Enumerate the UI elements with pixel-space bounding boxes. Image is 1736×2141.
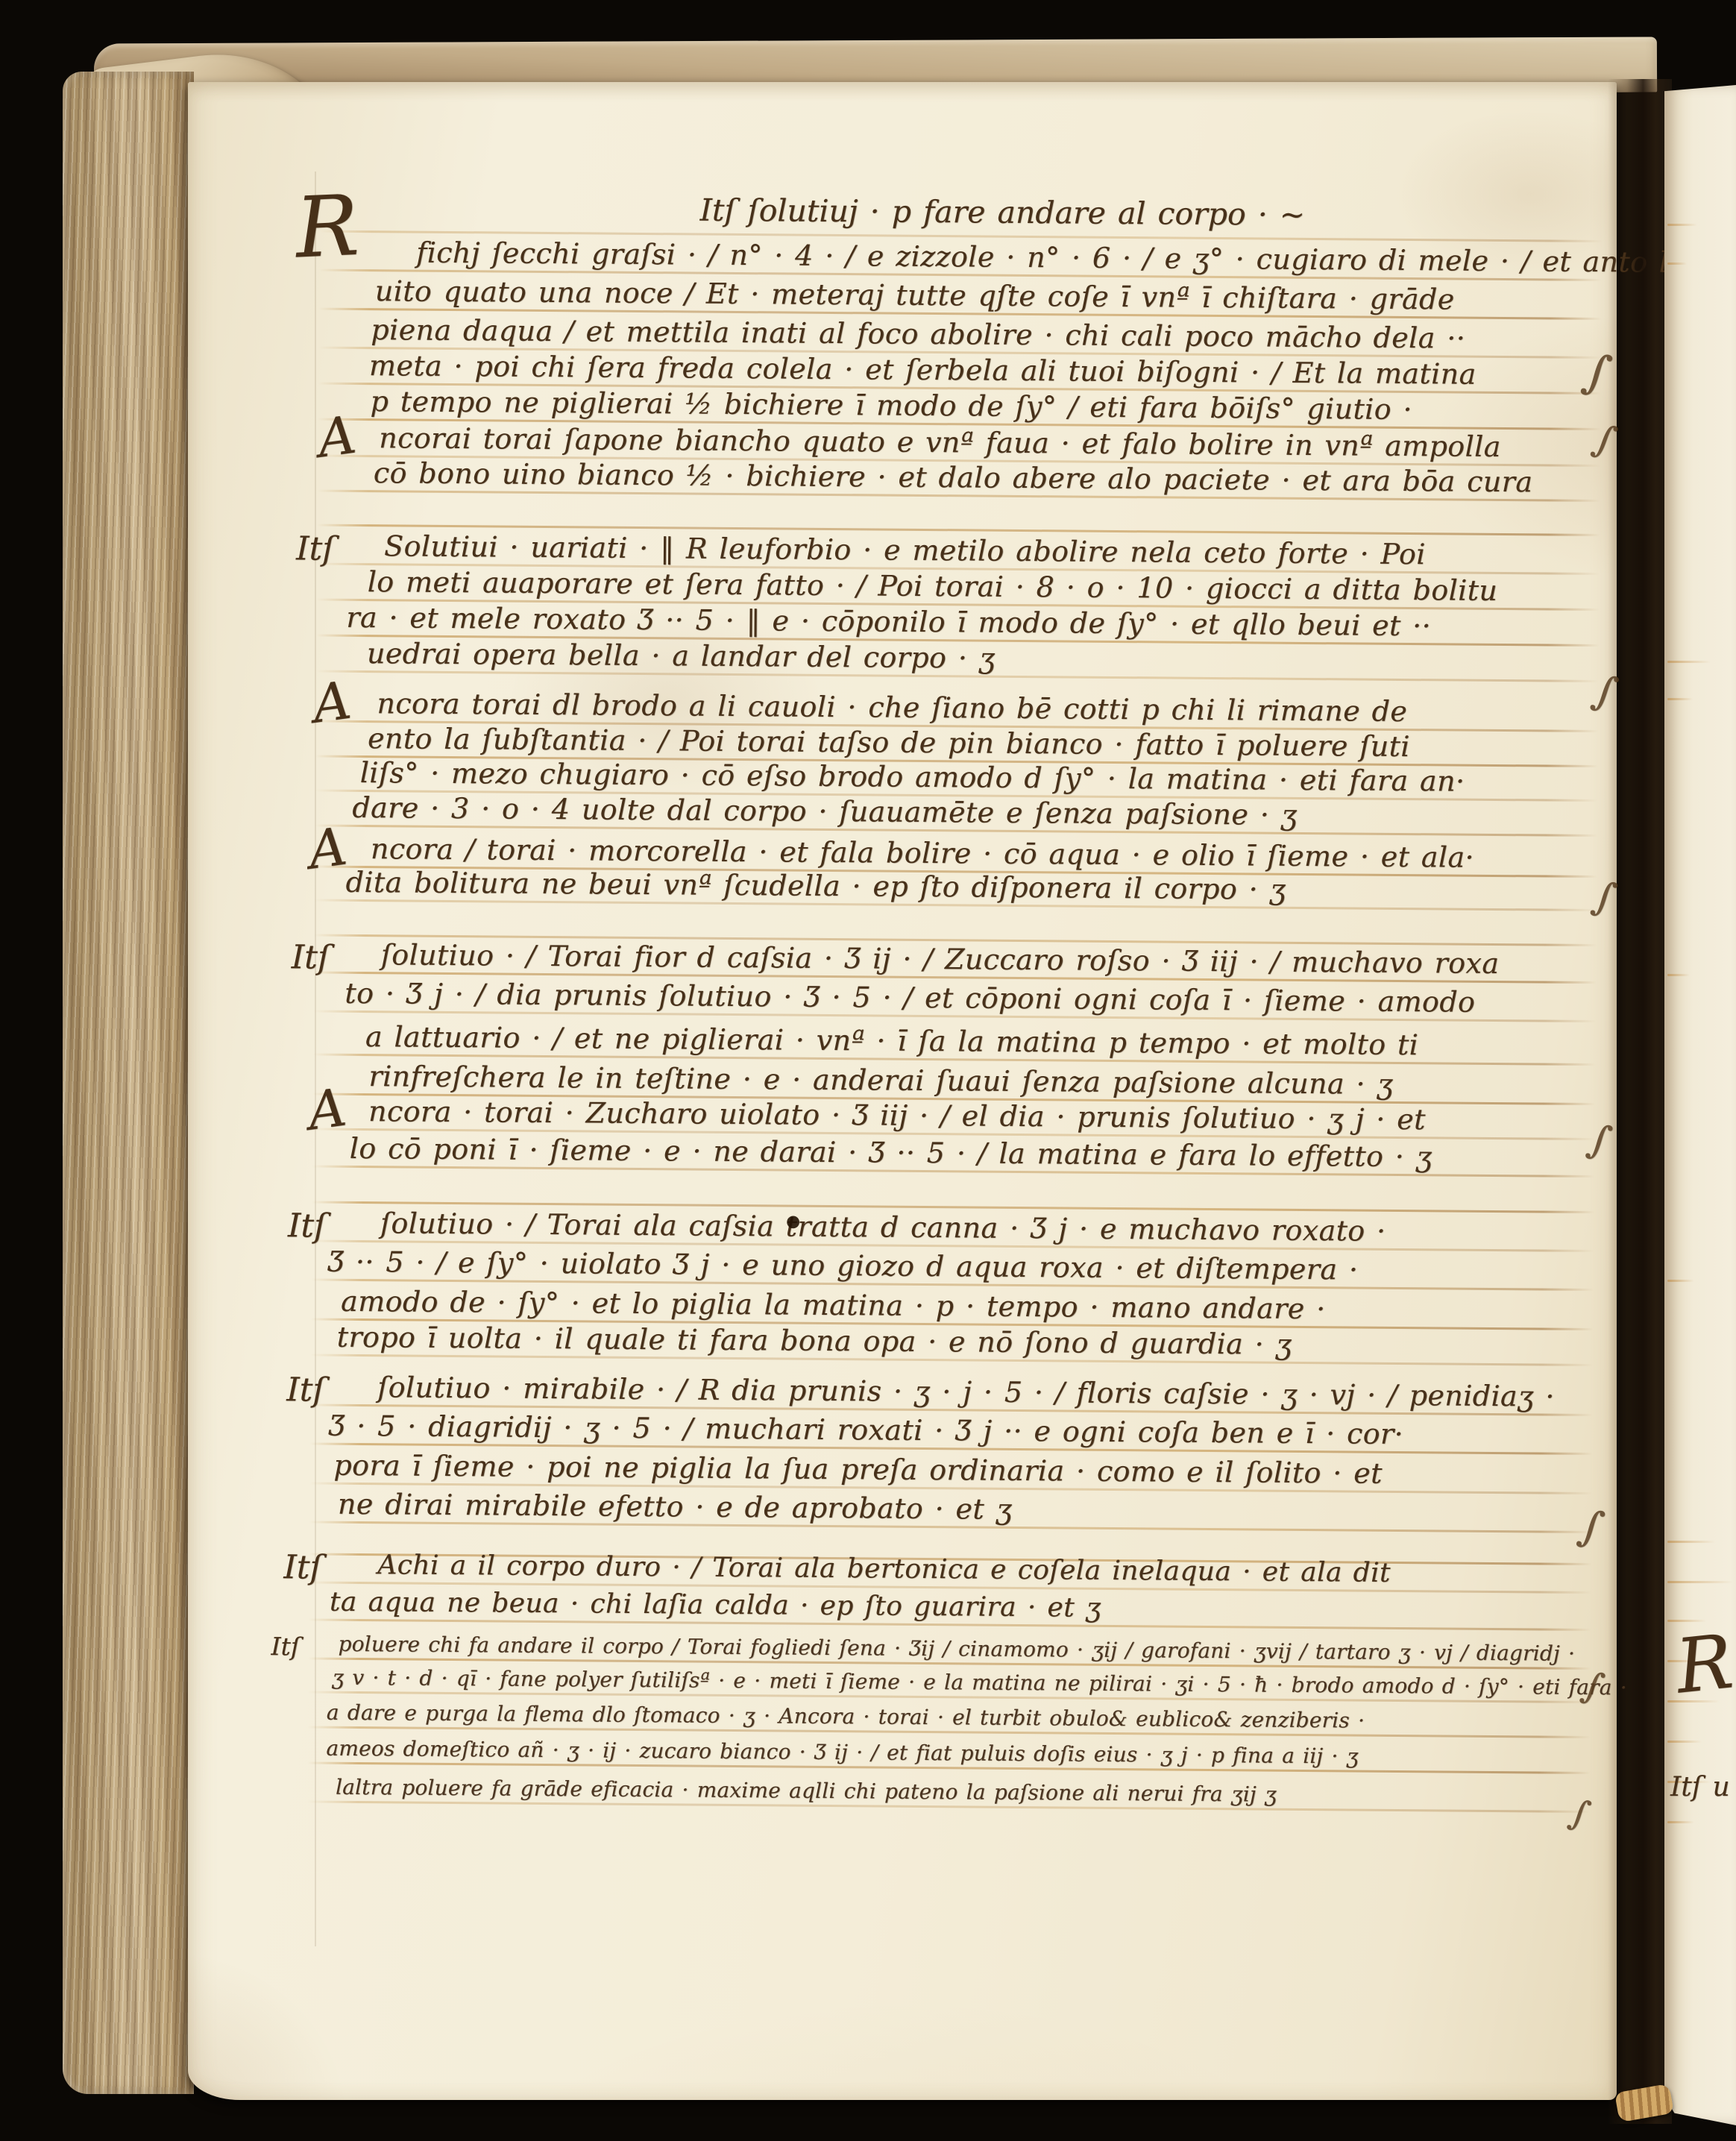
margin-mark: Itſ <box>286 1374 325 1406</box>
facing-page-rule-stub <box>1667 1541 1715 1543</box>
manuscript-line: ſolutiuo · mirabile · / R dia prunis · ʒ… <box>377 1373 1555 1410</box>
manuscript-line: ſolutiuo · / Torai ala caſsia tratta d c… <box>380 1209 1386 1245</box>
manuscript-line: laltra poluere fa grāde eficacia · maxim… <box>336 1777 1277 1805</box>
manuscript-line: ne dirai mirabile efetto · e de aprobato… <box>338 1490 1013 1524</box>
facing-page-mark: R <box>1673 1624 1736 1704</box>
manuscript-line: meta · poi chi ſera freda colela · et ſe… <box>369 351 1476 389</box>
manuscript-line: ſolutiuo · / Torai fior d caſsia · Ʒ ij … <box>381 940 1500 978</box>
ink-blot: ● <box>786 1214 800 1230</box>
manuscript-line: uito quato una noce / Et · meteraj tutte… <box>375 277 1455 313</box>
manuscript-line: a lattuario · / et ne piglierai · vnª · … <box>365 1022 1419 1059</box>
manuscript-line: cō bono uino bianco ½ · bichiere · et da… <box>374 459 1533 496</box>
manuscript-line: ncorai torai ſapone biancho quato e vnª … <box>379 424 1501 461</box>
facing-page-rule-stub <box>1667 974 1690 976</box>
manuscript-line: ento la ſubſtantia · / Poi torai taſso d… <box>368 724 1410 761</box>
margin-mark: A <box>309 674 353 731</box>
manuscript-line: ncora / torai · morcorella · et fala bol… <box>371 834 1474 872</box>
facing-page-sliver: RItſ u <box>1664 85 1736 2125</box>
manuscript-line: pora ī ſieme · poi ne piglia la ſua preſ… <box>333 1451 1383 1488</box>
manuscript-line: lo cō poni ī · ſieme · e · ne darai · Ʒ … <box>350 1134 1432 1171</box>
manuscript-line: dita bolitura ne beui vnª ſcudella · ep … <box>345 868 1286 904</box>
margin-mark: Itſ <box>283 1551 322 1584</box>
manuscript-line: liſs° · mezo chugiaro · cō eſso brodo am… <box>360 758 1465 796</box>
margin-mark: Itſ <box>271 1634 300 1659</box>
manuscript-line: lo meti auaporare et ſera fatto · / Poi … <box>368 568 1498 605</box>
photo-stage: Itſ ſolutiuj · p fare andare al corpo · … <box>0 0 1736 2141</box>
margin-mark: R <box>294 184 360 271</box>
facing-page-rule-stub <box>1667 1280 1694 1282</box>
margin-mark: Itſ <box>292 941 330 974</box>
margin-mark: Itſ <box>288 1210 327 1242</box>
manuscript-line: ncora · torai · Zucharo uiolato · Ʒ iij … <box>368 1097 1426 1134</box>
manuscript-line: Solutiui · uariati · ‖ R leuforbio · e m… <box>384 532 1426 568</box>
facing-page-layer: RItſ u <box>1664 85 1736 2125</box>
manuscript-line: uedrai opera bella · a landar del corpo … <box>367 639 996 673</box>
margin-mark: Itſ <box>296 532 335 565</box>
manuscript-line: to · Ʒ j · / dia prunis ſolutiuo · Ʒ · 5… <box>345 979 1475 1016</box>
margin-mark: A <box>305 1081 349 1138</box>
manuscript-line: amodo de · ſy° · et lo piglia la matina … <box>341 1287 1326 1323</box>
margin-mark: A <box>306 820 350 877</box>
margin-mark: A <box>315 409 359 465</box>
manuscript-line: ncora torai dl brodo a li cauoli · che ſ… <box>377 689 1407 726</box>
flourish-mark: ∫ <box>1566 1793 1594 1833</box>
facing-page-rule-stub <box>1667 661 1711 663</box>
manuscript-line: tropo ī uolta · il quale ti fara bona op… <box>337 1323 1292 1359</box>
page-title: Itſ ſolutiuj · p fare andare al corpo · … <box>699 195 1305 230</box>
manuscript-line: piena daqua / et mettila inati al foco a… <box>371 315 1465 353</box>
manuscript-line: Ʒ · 5 · diagridij · ʒ · 5 · / muchari ro… <box>329 1412 1404 1448</box>
book-gutter <box>1608 79 1672 2124</box>
facing-page-rule-stub <box>1667 1821 1694 1823</box>
text-layer: Itſ ſolutiuj · p fare andare al corpo · … <box>172 80 1617 2109</box>
facing-page-mark: Itſ u <box>1670 1774 1730 1801</box>
facing-page-rule-stub <box>1667 262 1687 265</box>
manuscript-line: dare · 3 · o · 4 uolte dal corpo · ſuaua… <box>352 793 1297 829</box>
flourish-mark: ∫ <box>1575 1503 1608 1550</box>
manuscript-line: Achi a il corpo duro · / Torai ala berto… <box>377 1552 1391 1587</box>
manuscript-line: Ʒ ·· 5 · / e ſy° · uiolato Ʒ j · e uno g… <box>327 1248 1358 1284</box>
manuscript-page: Itſ ſolutiuj · p fare andare al corpo · … <box>188 82 1617 2100</box>
facing-page-rule-stub <box>1667 1741 1702 1743</box>
manuscript-line: p tempo ne piglierai ½ bichiere ī modo d… <box>370 387 1412 424</box>
facing-page-rule-stub <box>1667 698 1693 700</box>
facing-page-rule-stub <box>1667 224 1697 226</box>
manuscript-line: rinfreſchera le in teſtine · e · anderai… <box>368 1062 1393 1098</box>
manuscript-line: ra · et mele roxato Ʒ ·· 5 · ‖ e · cōpon… <box>346 603 1431 640</box>
manuscript-line: ta aqua ne beua · chi laſia calda · ep ſ… <box>330 1589 1101 1622</box>
facing-page-rule-stub <box>1667 1581 1733 1583</box>
